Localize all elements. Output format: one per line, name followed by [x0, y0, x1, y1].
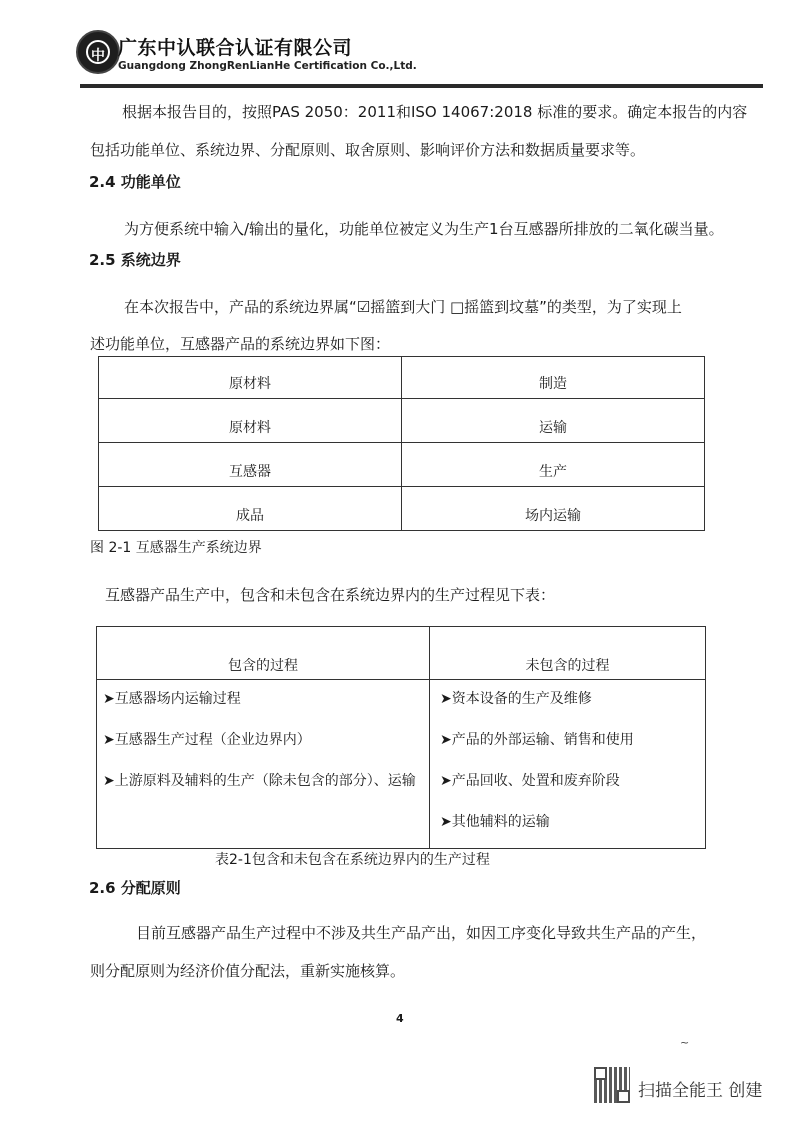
list-item-empty: [97, 807, 429, 848]
list-item: ➤其他辅料的运输: [430, 807, 705, 848]
list-item: ➤产品的外部运输、销售和使用: [430, 725, 705, 766]
page-number: 4: [396, 1012, 404, 1025]
company-name-en: Guangdong ZhongRenLianHe Certification C…: [118, 60, 417, 72]
list-item: ➤互感器场内运输过程: [97, 684, 429, 725]
company-logo-icon: 中: [76, 30, 120, 74]
header-excluded: 未包含的过程: [430, 627, 706, 680]
table-row: 互感器 生产: [99, 443, 705, 487]
intro-line-2: 包括功能单位、系统边界、分配原则、取舍原则、影响评价方法和数据质量要求等。: [90, 140, 645, 160]
boundary-cell: 场内运输: [402, 487, 705, 531]
figure-caption: 图 2-1 互感器生产系统边界: [90, 537, 262, 557]
table-header-row: 包含的过程 未包含的过程: [97, 627, 706, 680]
logo-ring: 中: [86, 40, 110, 64]
table-row: ➤互感器场内运输过程 ➤互感器生产过程（企业边界内） ➤上游原料及辅料的生产（除…: [97, 680, 706, 849]
header-included: 包含的过程: [97, 627, 430, 680]
boundary-cell: 原材料: [99, 399, 402, 443]
company-name-cn: 广东中认联合认证有限公司: [118, 33, 352, 60]
included-column: ➤互感器场内运输过程 ➤互感器生产过程（企业边界内） ➤上游原料及辅料的生产（除…: [97, 680, 430, 849]
intro-line-1: 根据本报告目的，按照PAS 2050：2011和ISO 14067:2018 标…: [122, 102, 747, 122]
table-row: 原材料 制造: [99, 357, 705, 399]
boundary-cell: 成品: [99, 487, 402, 531]
table-row: 原材料 运输: [99, 399, 705, 443]
boundary-cell: 生产: [402, 443, 705, 487]
section-2-6-line-1: 目前互感器产品生产过程中不涉及共生产品产出，如因工序变化导致共生产品的产生，: [136, 923, 706, 943]
boundary-cell: 运输: [402, 399, 705, 443]
section-2-4-text: 为方便系统中输入/输出的量化，功能单位被定义为生产1台互感器所排放的二氧化碳当量…: [124, 219, 724, 239]
table-row: 成品 场内运输: [99, 487, 705, 531]
section-heading-2-6: 2.6 分配原则: [89, 878, 181, 898]
list-item: ➤资本设备的生产及维修: [430, 684, 705, 725]
qr-code-icon: [594, 1067, 630, 1103]
boundary-cell: 互感器: [99, 443, 402, 487]
section-2-5-line-2: 述功能单位，互感器产品的系统边界如下图：: [90, 334, 390, 354]
table-intro: 互感器产品生产中，包含和未包含在系统边界内的生产过程见下表：: [105, 585, 555, 605]
section-heading-2-5: 2.5 系统边界: [89, 250, 181, 270]
section-2-5-line-1: 在本次报告中，产品的系统边界属“☑摇篮到大门 □摇篮到坟墓”的类型，为了实现上: [124, 297, 682, 317]
list-item: ➤产品回收、处置和废弃阶段: [430, 766, 705, 807]
section-2-6-line-2: 则分配原则为经济价值分配法，重新实施核算。: [90, 961, 405, 981]
header-divider: [80, 84, 763, 88]
scanner-watermark: 扫描全能王 创建: [638, 1076, 762, 1101]
section-heading-2-4: 2.4 功能单位: [89, 172, 181, 192]
list-item: ➤上游原料及辅料的生产（除未包含的部分）、运输: [97, 766, 429, 807]
table-caption: 表2-1包含和未包含在系统边界内的生产过程: [215, 850, 490, 870]
stray-mark: ~: [680, 1036, 689, 1049]
logo-glyph: 中: [88, 45, 108, 65]
system-boundary-table: 原材料 制造 原材料 运输 互感器 生产 成品 场内运输: [98, 356, 705, 531]
excluded-column: ➤资本设备的生产及维修 ➤产品的外部运输、销售和使用 ➤产品回收、处置和废弃阶段…: [430, 680, 706, 849]
process-table: 包含的过程 未包含的过程 ➤互感器场内运输过程 ➤互感器生产过程（企业边界内） …: [96, 626, 706, 849]
boundary-cell: 制造: [402, 357, 705, 399]
boundary-cell: 原材料: [99, 357, 402, 399]
list-item: ➤互感器生产过程（企业边界内）: [97, 725, 429, 766]
